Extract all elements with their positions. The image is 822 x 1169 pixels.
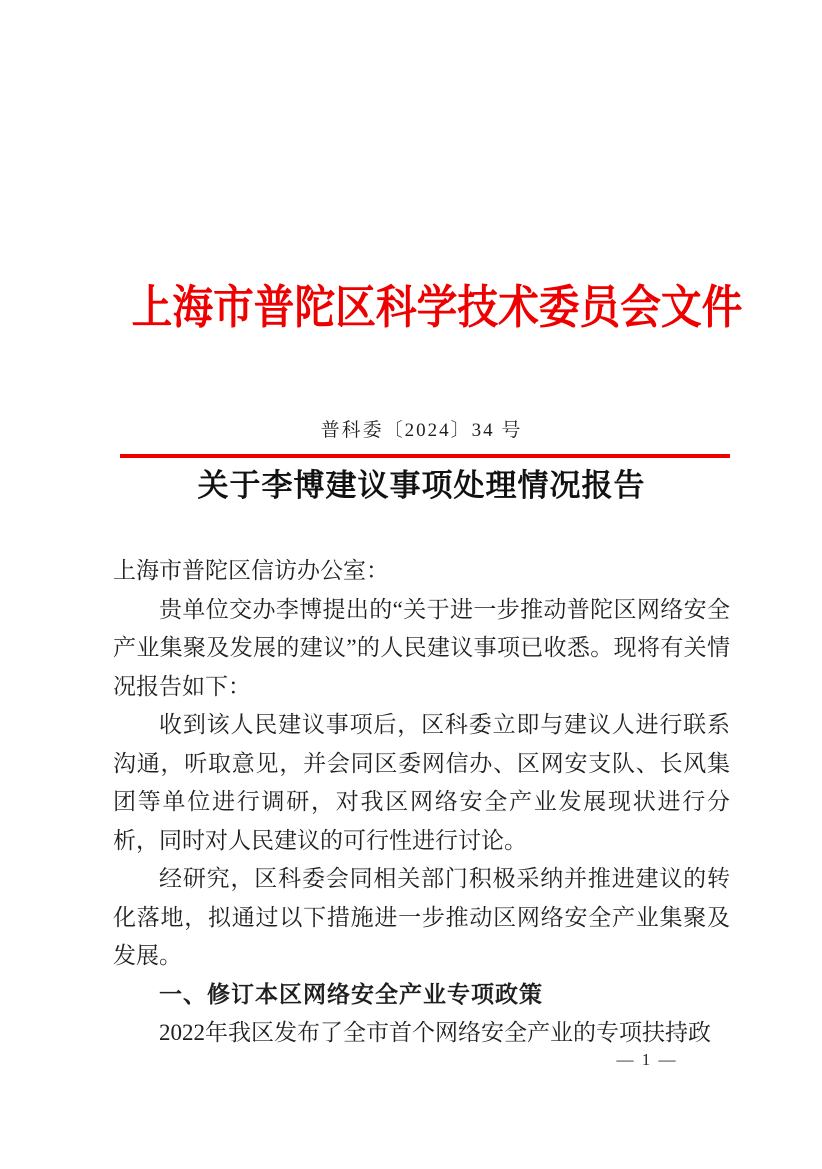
recipient-line: 上海市普陀区信访办公室： — [113, 552, 730, 591]
red-divider-line — [120, 454, 730, 458]
page-number: — 1 — — [547, 1048, 747, 1072]
document-title: 关于李博建议事项处理情况报告 — [93, 464, 750, 508]
document-number: 普科委〔2024〕34 号 — [113, 418, 730, 444]
body-paragraph: 2022年我区发布了全市首个网络安全产业的专项扶持政 — [113, 1014, 730, 1053]
body-paragraph: 经研究，区科委会同相关部门积极采纳并推进建议的转化落地，拟通过以下措施进一步推动… — [113, 860, 730, 976]
agency-header-title: 上海市普陀区科学技术委员会文件 — [132, 278, 743, 338]
document-page: 上海市普陀区科学技术委员会文件 普科委〔2024〕34 号 关于李博建议事项处理… — [0, 0, 822, 1169]
section-heading: 一、修订本区网络安全产业专项政策 — [113, 976, 730, 1015]
body-paragraph: 贵单位交办李博提出的“关于进一步推动普陀区网络安全产业集聚及发展的建议”的人民建… — [113, 591, 730, 707]
body-paragraph: 收到该人民建议事项后，区科委立即与建议人进行联系沟通，听取意见，并会同区委网信办… — [113, 706, 730, 860]
document-body: 上海市普陀区信访办公室： 贵单位交办李博提出的“关于进一步推动普陀区网络安全产业… — [113, 552, 730, 1053]
agency-header: 上海市普陀区科学技术委员会文件 — [92, 278, 740, 338]
